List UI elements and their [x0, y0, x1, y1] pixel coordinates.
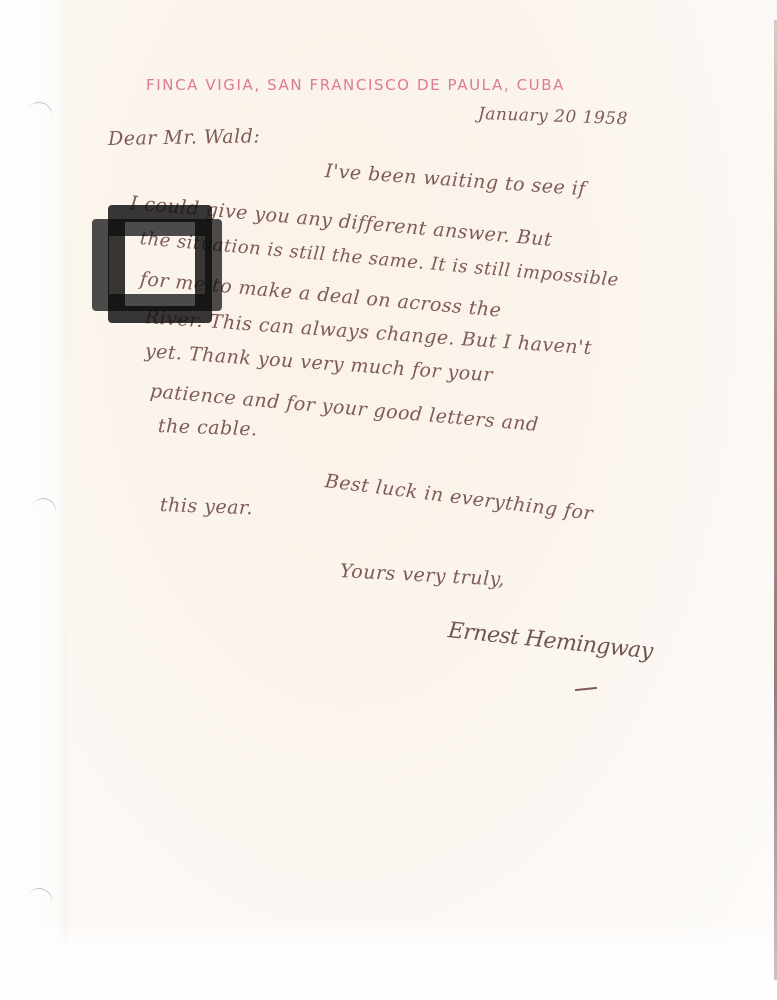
letterhead: FINCA VIGIA, SAN FRANCISCO DE PAULA, CUB… [146, 76, 565, 94]
paper-bottom-strip [0, 920, 777, 1000]
marker-frame-horizontal [92, 219, 222, 311]
body-line-10: this year. [160, 494, 254, 519]
body-line-8: the cable. [158, 415, 258, 440]
redaction-marker [92, 205, 222, 323]
salutation: Dear Mr. Wald: [108, 125, 261, 150]
